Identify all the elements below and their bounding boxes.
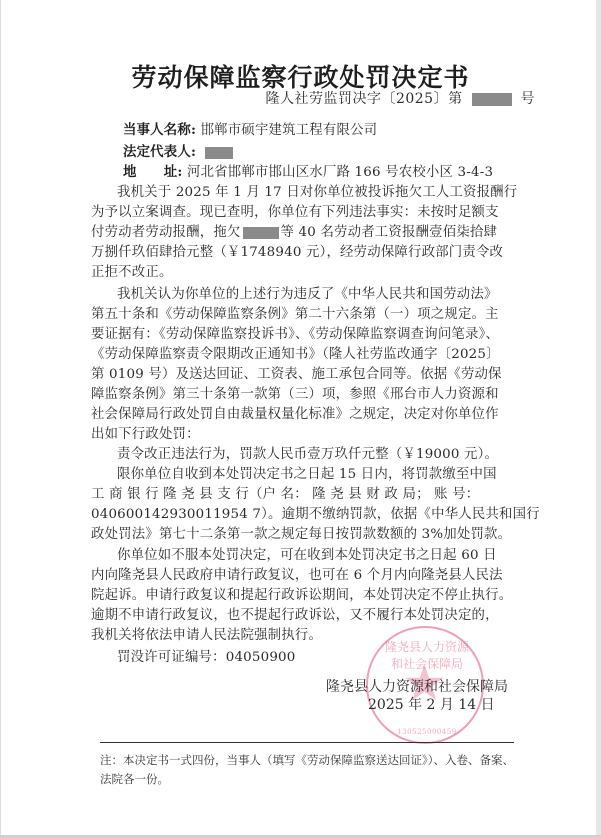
issuing-authority: 隆尧县人力资源和社会保障局 xyxy=(326,676,508,696)
redacted-worker-name xyxy=(243,227,279,239)
document-number-prefix: 隆人社劳监罚决字〔2025〕第 xyxy=(265,91,462,107)
penalty-line: 责令改正违法行为，罚款人民币壹万玖仟元整（￥19000 元）。 xyxy=(117,443,537,462)
redacted-number xyxy=(472,93,512,106)
body-line: 第五十条和《劳动保障监察条例》第二十六条第（一）项之规定。主 xyxy=(91,303,511,322)
document-number-suffix: 号 xyxy=(521,91,536,107)
party-name-label: 当事人名称: xyxy=(123,122,196,138)
body-text: 等 40 名劳动者工资报酬壹佰柒拾肆 xyxy=(281,225,498,240)
footer-divider xyxy=(100,742,514,743)
address-value: 河北省邯郸市邯山区水厂路 166 号农校小区 3-4-3 xyxy=(187,165,493,180)
body-line: 限你单位自收到本处罚决定书之日起 15 日内，将罚款缴至中国 xyxy=(117,463,537,482)
body-line: 040600142930011954 7）。逾期不缴纳罚款，依据《中华人民共和国… xyxy=(91,503,511,522)
address-label: 地 址: xyxy=(123,164,183,180)
party-name-row: 当事人名称: 邯郸市硕宇建筑工程有限公司 xyxy=(123,119,543,138)
body-line: 障监察条例》第三十条第一款第（三）项，参照《邢台市人力资源和 xyxy=(91,383,511,402)
body-line: 内向隆尧县人民政府申请行政复议，也可在 6 个月内向隆尧县人民法 xyxy=(91,564,511,583)
legal-rep-row: 法定代表人: xyxy=(123,141,543,160)
body-line: 出如下行政处罚： xyxy=(91,423,511,442)
body-line: 为予以立案调查。现已查明，你单位有下列违法事实：未按时足额支 xyxy=(91,201,511,220)
scrollbar-track[interactable] xyxy=(596,0,601,837)
party-name-value: 邯郸市硕宇建筑工程有限公司 xyxy=(201,123,378,138)
footer-note-line1: 注：本决定书一式四份，当事人（填写《劳动保障监察送达回证》）、入卷、备案、 xyxy=(100,752,514,768)
address-row: 地 址: 河北省邯郸市邯山区水厂路 166 号农校小区 3-4-3 xyxy=(123,161,543,180)
footer-note-line2: 法院各一份。 xyxy=(100,771,169,787)
permit-number: 罚没许可证编号：04050900 xyxy=(117,646,537,665)
body-line: 社会保障局行政处罚自由裁量权量化标准》之规定，决定对你单位作 xyxy=(91,403,511,422)
body-text: 付劳动者劳动报酬，拖欠 xyxy=(91,225,241,240)
body-line: 付劳动者劳动报酬，拖欠等 40 名劳动者工资报酬壹佰柒拾肆 xyxy=(91,221,511,240)
body-line: 院起诉。申请行政复议和提起行政诉讼期间，本处罚决定不停止执行。 xyxy=(91,584,511,603)
body-line: 正拒不改正。 xyxy=(91,261,511,280)
body-line: 政处罚法》第七十二条第一款之规定每日按罚款数额的 3%加处罚款。 xyxy=(91,523,511,542)
issue-date: 2025 年 2 月 14 日 xyxy=(368,694,495,714)
body-line: 《劳动保障监察责令限期改正通知书》（隆人社劳监改通字〔2025〕 xyxy=(91,343,511,362)
body-line: 逾期不申请行政复议，也不提起行政诉讼，又不履行本处罚决定的， xyxy=(91,604,511,623)
legal-rep-label: 法定代表人: xyxy=(123,144,196,160)
body-line: 我机关于 2025 年 1 月 17 日对你单位被投诉拖欠工人工资报酬行 xyxy=(117,181,537,200)
body-line: 要证据有：《劳动保障监察投诉书》、《劳动保障监察调查询问笔录》、 xyxy=(91,323,511,342)
redacted-rep-name xyxy=(205,147,233,159)
body-line: 你单位如不服本处罚决定，可在收到本处罚决定书之日起 60 日 xyxy=(117,544,537,563)
body-line: 万捌仟玖佰肆拾元整（￥1748940 元），经劳动保障行政部门责令改 xyxy=(91,241,511,260)
body-line: 工 商 银 行 隆 尧 县 支 行（户 名： 隆 尧 县 财 政 局； 账 号： xyxy=(91,483,511,502)
body-line: 我机关将依法申请人民法院强制执行。 xyxy=(91,624,511,643)
body-line: 第 0109 号）及送达回证、工资表、施工承包合同等。依据《劳动保 xyxy=(91,363,511,382)
document-number: 隆人社劳监罚决字〔2025〕第 号 xyxy=(265,88,535,108)
body-line: 我机关认为你单位的上述行为违反了《中华人民共和国劳动法》 xyxy=(117,283,537,302)
